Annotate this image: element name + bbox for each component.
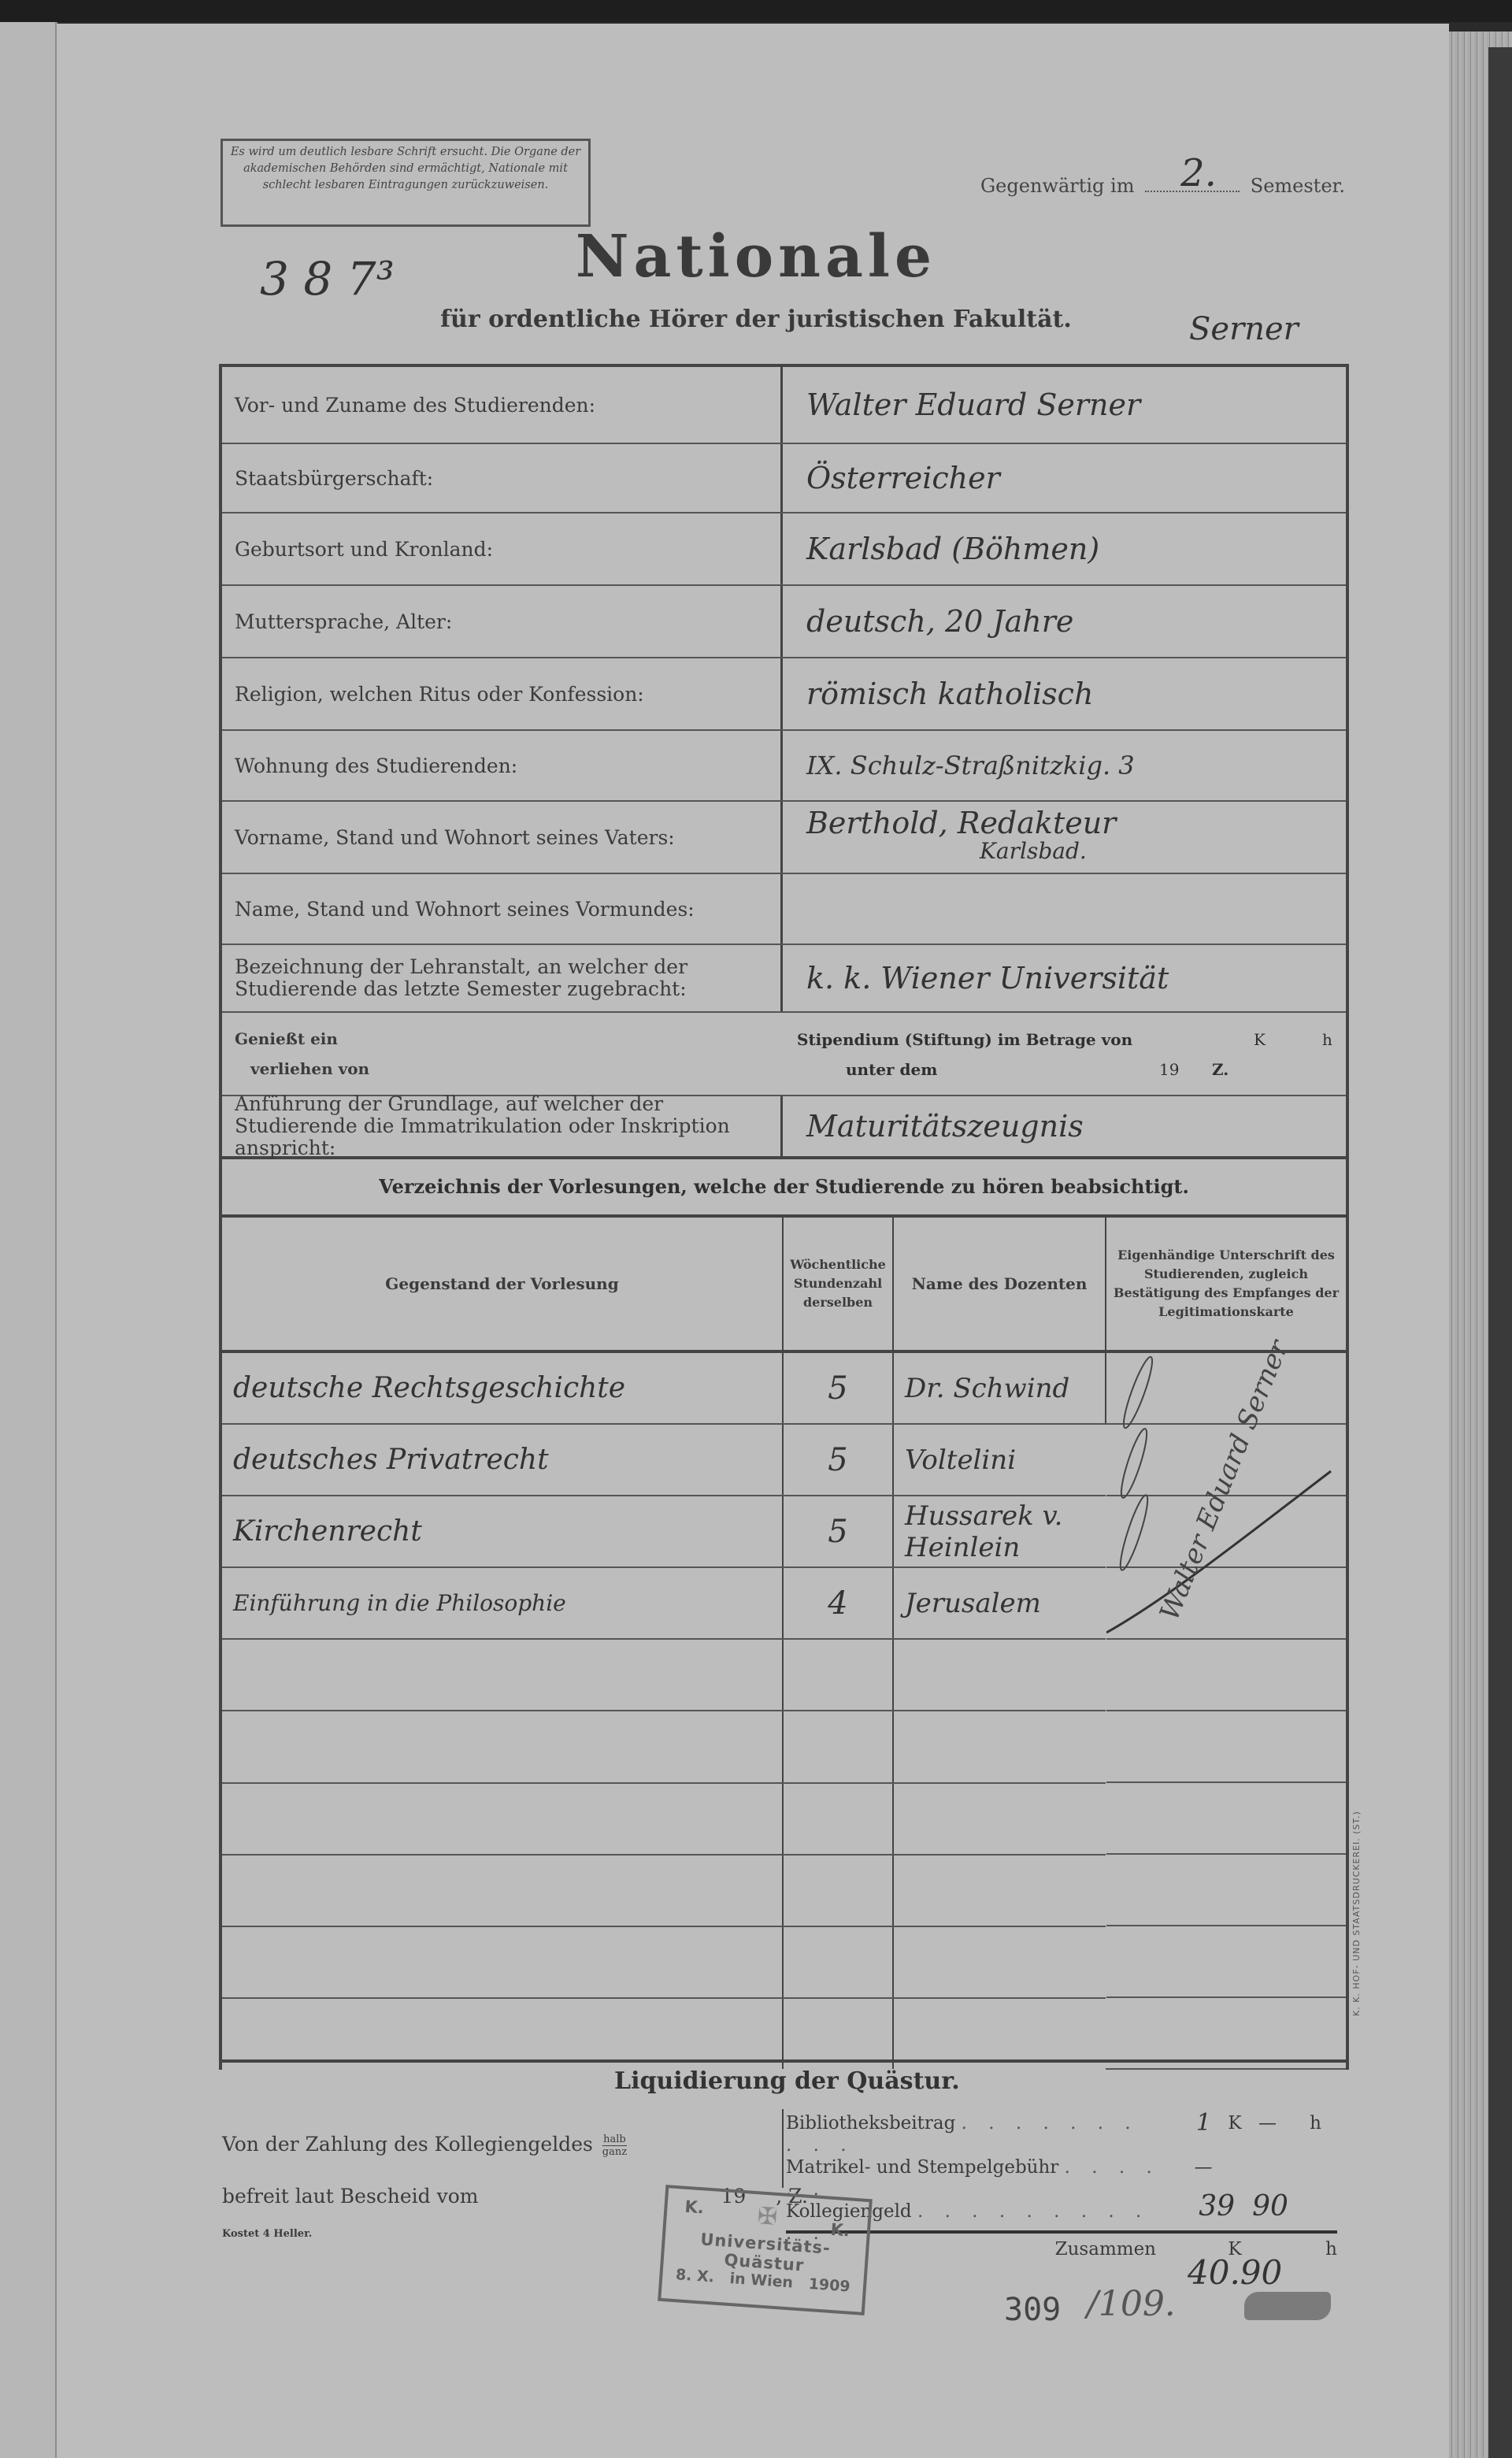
lecture-subject <box>222 1926 783 1998</box>
lecture-lecturer: Jerusalem <box>893 1567 1106 1639</box>
fee-row: Bibliotheksbeitrag . . . . . . . . . . 1… <box>786 2112 1337 2156</box>
book-cover-edge <box>1488 47 1512 2458</box>
fee-label-text: Matrikel- und Stempelgebühr <box>786 2157 1058 2178</box>
stipend-date-label: unter dem <box>846 1060 937 1079</box>
stipend-line2: verliehen von <box>250 1054 369 1084</box>
lectures-heading: Verzeichnis der Vorlesungen, welche der … <box>222 1159 1346 1218</box>
field-value: IX. Schulz-Straßnitzkig. 3 <box>783 731 1346 800</box>
lecture-hours <box>783 1639 893 1711</box>
lecture-hours: 4 <box>783 1567 893 1639</box>
lecture-lecturer: Dr. Schwind <box>893 1351 1106 1424</box>
lecture-lecturer: Hussarek v. Heinlein <box>893 1496 1106 1567</box>
eagle-emblem-icon: ✠ <box>756 2202 778 2235</box>
lecture-lecturer <box>893 1926 1106 1998</box>
field-value: k. k. Wiener Universität <box>783 945 1346 1011</box>
fee-breakdown: Bibliotheksbeitrag . . . . . . . . . . 1… <box>786 2112 1337 2284</box>
left-facing-page <box>0 22 57 2458</box>
field-label: Muttersprache, Alter: <box>222 586 783 657</box>
lecture-subject: deutsche Rechtsgeschichte <box>222 1351 783 1424</box>
fee-label: Matrikel- und Stempelgebühr . . . . . . <box>786 2156 1164 2200</box>
field-value: Karlsbad (Böhmen) <box>783 513 1346 584</box>
lecture-subject: Kirchenrecht <box>222 1496 783 1567</box>
fraction-half: halb <box>602 2134 627 2146</box>
field-label: Religion, welchen Ritus oder Konfession: <box>222 658 783 729</box>
stipend-line1: Genießt ein <box>235 1024 338 1054</box>
student-form: Vor- und Zuname des Studierenden: Walter… <box>219 364 1349 2070</box>
surname-margin-note: Serner <box>1189 311 1299 347</box>
field-row-name: Vor- und Zuname des Studierenden: Walter… <box>222 367 1346 444</box>
column-header-signature: Eigenhändige Unterschrift des Studierend… <box>1106 1218 1346 1351</box>
field-value: Maturitätszeugnis <box>783 1096 1346 1156</box>
stipend-h: h <box>1322 1030 1332 1049</box>
lectures-header-row: Gegenstand der Vorlesung Wöchentliche St… <box>222 1218 1346 1351</box>
stipend-year: 19 <box>1159 1060 1179 1079</box>
field-label: Vor- und Zuname des Studierenden: <box>222 367 783 443</box>
field-value <box>783 874 1346 944</box>
stipend-label: Genießt ein verliehen von <box>222 1013 783 1095</box>
field-label: Vorname, Stand und Wohnort seines Vaters… <box>222 802 783 873</box>
lecture-hours <box>783 1998 893 2069</box>
field-row-citizenship: Staatsbürgerschaft: Österreicher <box>222 444 1346 513</box>
semester-field: 2. <box>1145 175 1240 192</box>
lectures-table: Gegenstand der Vorlesung Wöchentliche St… <box>222 1218 1346 2070</box>
quaestur-stamp: K. ✠ K. Universitäts-Quästur 8. X. in Wi… <box>658 2185 873 2315</box>
field-label: Name, Stand und Wohnort seines Vormundes… <box>222 874 783 944</box>
father-residence: Karlsbad. <box>980 837 1087 866</box>
fee-k-value: 39 <box>1164 2196 1235 2230</box>
exemption-line1: Von der Zahlung des Kollegiengeldes halb… <box>222 2119 808 2171</box>
document-title: Nationale <box>0 223 1512 291</box>
table-row: deutsche Rechtsgeschichte 5 Dr. Schwind <box>222 1351 1346 1424</box>
half-whole-fraction: halbganz <box>602 2134 627 2158</box>
footer-handwritten-number: /109. <box>1087 2284 1176 2324</box>
lecture-lecturer: Voltelini <box>893 1424 1106 1496</box>
ink-blot-signature-icon <box>1244 2292 1331 2320</box>
field-row-previous-institution: Bezeichnung der Lehranstalt, an welcher … <box>222 945 1346 1013</box>
stipend-details: Stipendium (Stiftung) im Betrage von K h… <box>783 1013 1346 1095</box>
lecture-subject: Einführung in die Philosophie <box>222 1567 783 1639</box>
field-row-father: Vorname, Stand und Wohnort seines Vaters… <box>222 802 1346 874</box>
signature-cell: Walter Eduard Serner <box>1106 1351 1346 2069</box>
stamp-k-left: K. <box>684 2197 705 2230</box>
lecture-hours <box>783 1926 893 1998</box>
field-row-religion: Religion, welchen Ritus oder Konfession:… <box>222 658 1346 731</box>
stipend-z: Z. <box>1212 1060 1228 1079</box>
lecture-subject <box>222 1711 783 1782</box>
lecture-hours <box>783 1855 893 1926</box>
h-label: h <box>1290 2112 1321 2156</box>
field-value: deutsch, 20 Jahre <box>783 586 1346 657</box>
stipend-k: K <box>1254 1030 1266 1049</box>
printer-imprint: K. K. HOF- UND STAATSDRUCKEREI. (ST.) <box>1351 1811 1362 2016</box>
lecture-lecturer <box>893 1855 1106 1926</box>
column-header-hours: Wöchentliche Stundenzahl derselben <box>783 1218 893 1351</box>
h-label: h <box>1290 2238 1337 2260</box>
field-row-basis: Anführung der Grundlage, auf welcher der… <box>222 1096 1346 1159</box>
lecture-subject <box>222 1783 783 1855</box>
field-row-stipend: Genießt ein verliehen von Stipendium (St… <box>222 1013 1346 1096</box>
k-label: K <box>1211 2112 1258 2156</box>
field-row-language-age: Muttersprache, Alter: deutsch, 20 Jahre <box>222 586 1346 658</box>
fee-label: Bibliotheksbeitrag . . . . . . . . . . <box>786 2112 1164 2156</box>
column-header-lecturer: Name des Dozenten <box>893 1218 1106 1351</box>
father-name-occupation: Berthold, Redakteur <box>806 809 1116 837</box>
field-label: Wohnung des Studierenden: <box>222 731 783 800</box>
lecture-hours: 5 <box>783 1351 893 1424</box>
stipend-amount-label: Stipendium (Stiftung) im Betrage von <box>797 1030 1132 1049</box>
field-row-residence: Wohnung des Studierenden: IX. Schulz-Str… <box>222 731 1346 802</box>
lecture-hours <box>783 1783 893 1855</box>
field-value: Berthold, Redakteur Karlsbad. <box>783 802 1346 873</box>
total-amount: 40.90 <box>1188 2262 1337 2284</box>
exemption-decree-text: befreit laut Bescheid vom <box>222 2185 479 2208</box>
footer-number: 309 <box>1004 2292 1061 2328</box>
semester-prefix: Gegenwärtig im <box>980 175 1134 197</box>
lecture-lecturer <box>893 1711 1106 1782</box>
field-value: Walter Eduard Serner <box>783 367 1346 443</box>
lecture-subject: deutsches Privatrecht <box>222 1424 783 1496</box>
exemption-text: Von der Zahlung des Kollegiengeldes <box>222 2133 593 2156</box>
column-header-subject: Gegenstand der Vorlesung <box>222 1218 783 1351</box>
liquidation-divider <box>782 2109 784 2188</box>
legibility-notice: Es wird um deutlich lesbare Schrift ersu… <box>220 139 591 227</box>
lecture-hours: 5 <box>783 1496 893 1567</box>
field-label: Bezeichnung der Lehranstalt, an welcher … <box>222 945 783 1011</box>
fee-h-value: — <box>1258 2112 1290 2156</box>
semester-value: 2. <box>1180 151 1217 195</box>
stamp-k-right: K. <box>830 2208 851 2241</box>
field-label: Geburtsort und Kronland: <box>222 513 783 584</box>
liquidation-title: Liquidierung der Quästur. <box>614 2067 960 2095</box>
field-label: Anführung der Grundlage, auf welcher der… <box>222 1096 783 1156</box>
fee-h-value: 90 <box>1235 2196 1306 2230</box>
fraction-whole: ganz <box>602 2146 627 2158</box>
field-row-guardian: Name, Stand und Wohnort seines Vormundes… <box>222 874 1346 945</box>
lecture-lecturer <box>893 1783 1106 1855</box>
lecture-subject <box>222 1639 783 1711</box>
lecture-hours <box>783 1711 893 1782</box>
lecture-lecturer <box>893 1998 1106 2069</box>
lecture-hours: 5 <box>783 1424 893 1496</box>
field-row-birthplace: Geburtsort und Kronland: Karlsbad (Böhme… <box>222 513 1346 586</box>
fee-label-text: Bibliotheksbeitrag <box>786 2113 955 2134</box>
semester-suffix: Semester. <box>1251 175 1345 197</box>
field-label: Staatsbürgerschaft: <box>222 444 783 512</box>
lecture-subject <box>222 1855 783 1926</box>
field-value: römisch katholisch <box>783 658 1346 729</box>
current-semester: Gegenwärtig im 2. Semester. <box>980 175 1345 197</box>
field-value: Österreicher <box>783 444 1346 512</box>
lecture-subject <box>222 1998 783 2069</box>
lecture-lecturer <box>893 1639 1106 1711</box>
fee-k-value: 1 <box>1164 2112 1211 2156</box>
scan-top-edge <box>0 0 1512 22</box>
